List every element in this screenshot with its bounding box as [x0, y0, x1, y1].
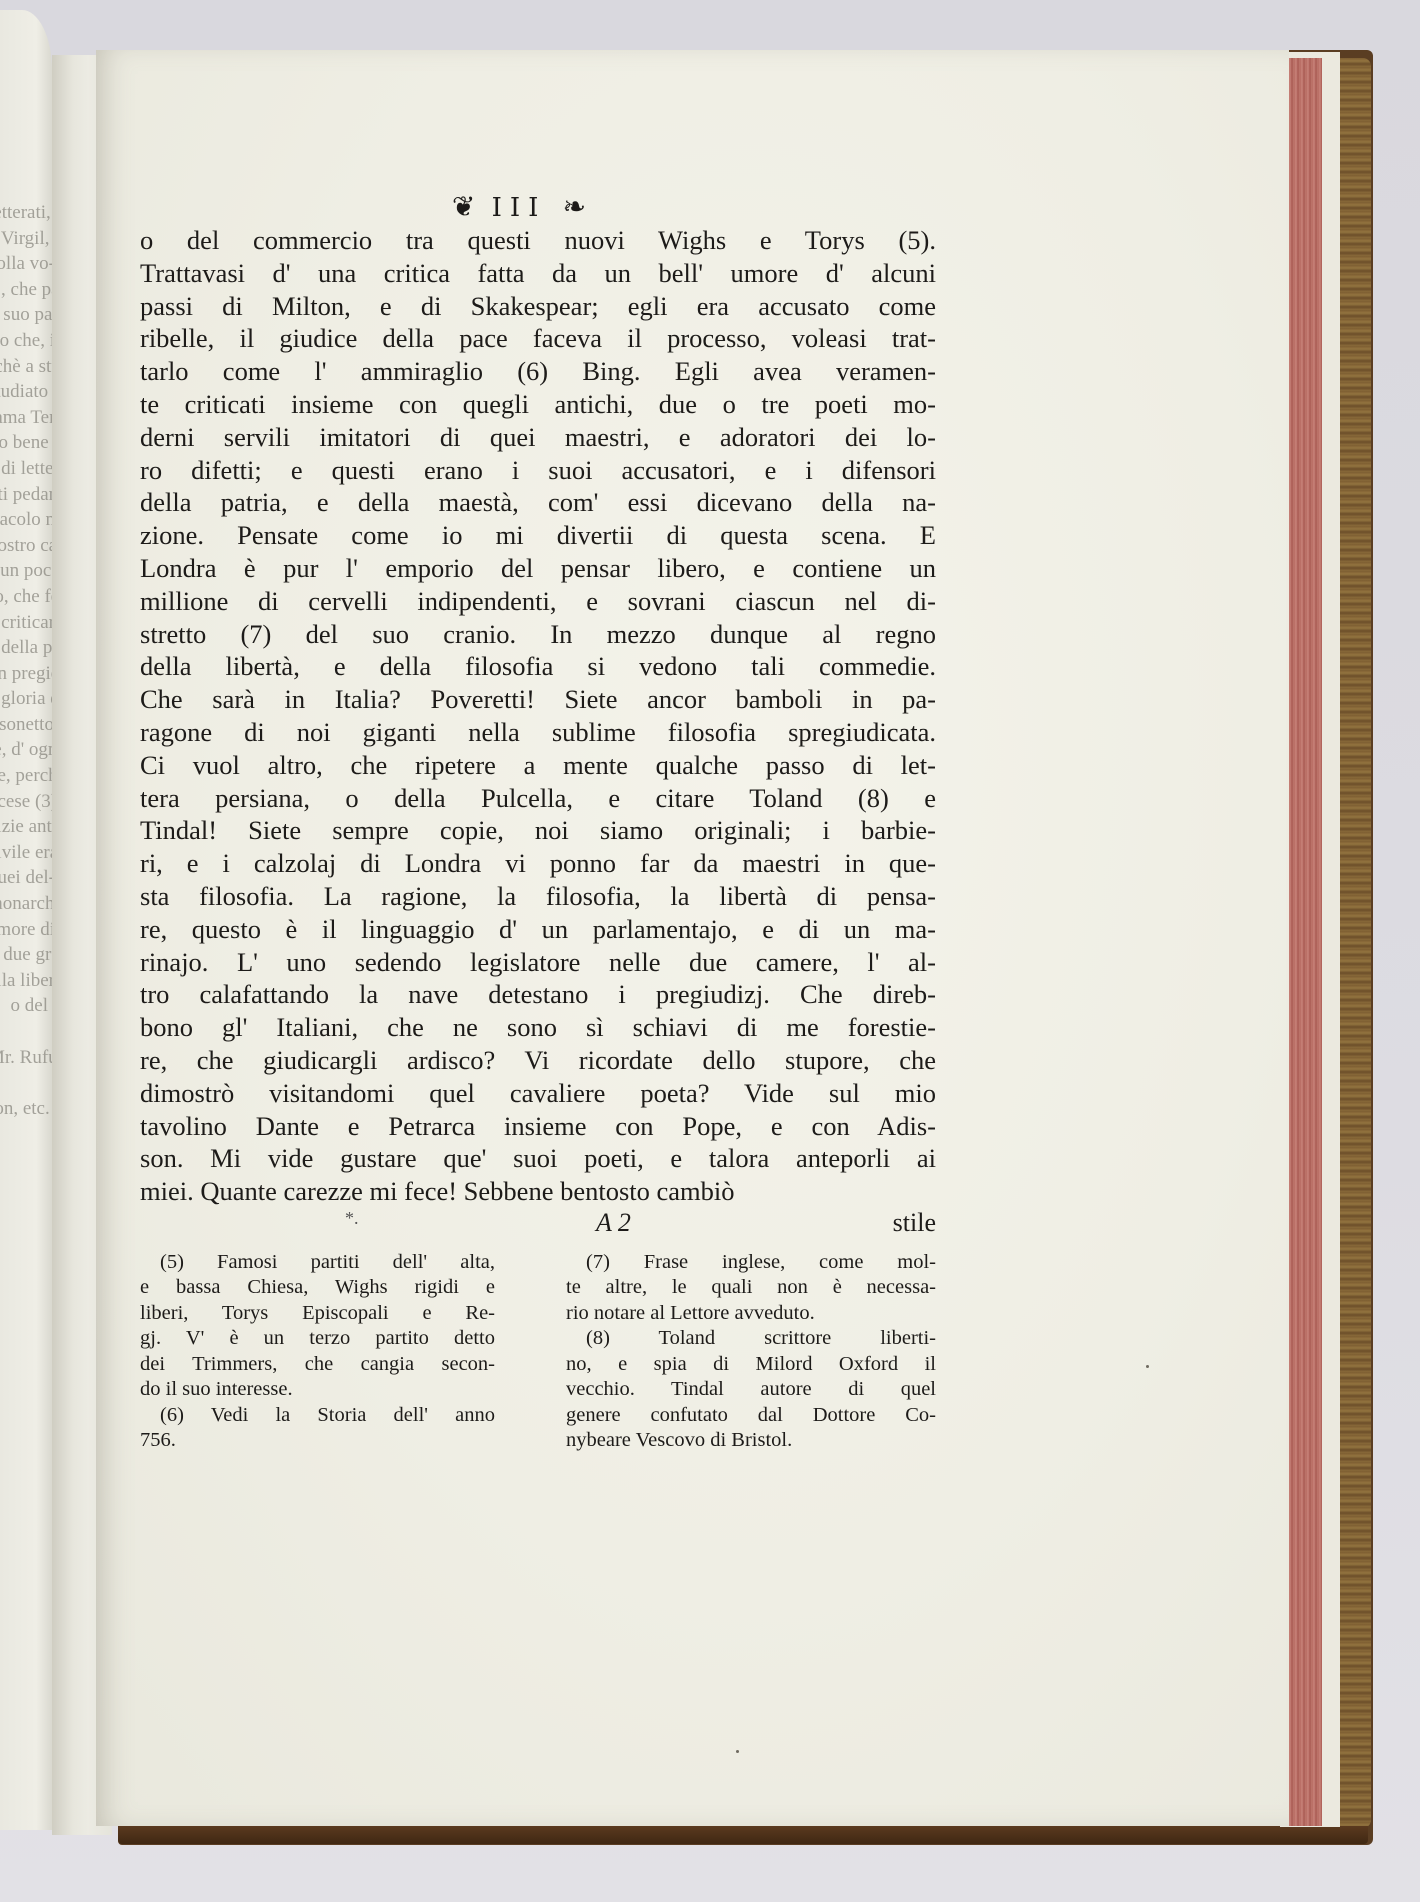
- body-line: tarlo come l' ammiraglio (6) Bing. Egli …: [140, 355, 936, 388]
- signature-line: *. A 2 stile: [140, 1208, 936, 1242]
- facing-page-line: lto bene in: [0, 430, 48, 456]
- footnote-line: no, e spia di Milord Oxford il: [566, 1352, 936, 1378]
- cover-edge-bottom: [118, 1826, 1368, 1844]
- body-line: Trattavasi d' una critica fatta da un be…: [140, 257, 936, 290]
- fleuron-left-icon: ❦: [452, 190, 475, 223]
- cover-edge-right: [1335, 58, 1371, 1828]
- red-sprinkled-page-edge: [1288, 58, 1322, 1826]
- footnote-line: e bassa Chiesa, Wighs rigidi e: [140, 1275, 495, 1301]
- running-head: ❦ III ❧: [140, 190, 936, 224]
- footnotes-right-column: (7) Frase inglese, come mol-te altre, le…: [566, 1250, 936, 1454]
- facing-page-line: amore di: [0, 917, 48, 943]
- body-line: son. Mi vide gustare que' suoi poeti, e …: [140, 1142, 936, 1175]
- body-line: Ci vuol altro, che ripetere a mente qual…: [140, 749, 936, 782]
- body-text: o del commercio tra questi nuovi Wighs e…: [140, 224, 936, 1208]
- paper-fleck: [736, 1750, 739, 1753]
- footnote-line: liberi, Torys Episcopali e Re-: [140, 1301, 495, 1327]
- facing-page-line: nti pedanti,: [0, 482, 48, 508]
- footnotes-left-column: (5) Famosi partiti dell' alta,e bassa Ch…: [140, 1250, 495, 1454]
- facing-page-line: studiato que-: [0, 379, 48, 405]
- body-line: ri, e i calzolaj di Londra vi ponno far …: [140, 847, 936, 880]
- facing-page-line: ncese (3).: [0, 789, 48, 815]
- body-line: ribelle, il giudice della pace faceva il…: [140, 322, 936, 355]
- body-line: Londra è pur l' emporio del pensar liber…: [140, 552, 936, 585]
- body-line: ro difetti; e questi erano i suoi accusa…: [140, 454, 936, 487]
- footnote-line: (7) Frase inglese, come mol-: [566, 1250, 936, 1276]
- footnote-line: dei Trimmers, che cangia secon-: [140, 1352, 495, 1378]
- body-line: millione di cervelli indipendenti, e sov…: [140, 585, 936, 618]
- text-block: ❦ III ❧ o del commercio tra questi nuovi…: [140, 190, 936, 1454]
- body-line: stretto (7) del suo cranio. In mezzo dun…: [140, 618, 936, 651]
- body-line: re, questo è il linguaggio d' un parlame…: [140, 913, 936, 946]
- footnote-line: (6) Vedi la Storia dell' anno: [140, 1403, 495, 1429]
- facing-page-line: ella libertà,: [0, 968, 48, 994]
- facing-page-line: a gloria del: [0, 686, 48, 712]
- facing-page-line: e Virgil,: [0, 226, 48, 252]
- body-line: miei. Quante carezze mi fece! Sebbene be…: [140, 1175, 936, 1208]
- signature-mark: *.: [345, 1208, 359, 1229]
- footnote-line: do il suo interesse.: [140, 1377, 495, 1403]
- footnote-line: genere confutato dal Dottore Co-: [566, 1403, 936, 1429]
- footnote-line: te altre, le quali non è necessa-: [566, 1275, 936, 1301]
- body-line: derni servili imitatori di quei maestri,…: [140, 421, 936, 454]
- body-line: tavolino Dante e Petrarca insieme con Po…: [140, 1110, 936, 1143]
- facing-page-line: cizie anti-: [0, 814, 48, 840]
- page-number: III: [492, 193, 547, 223]
- body-line: bono gl' Italiani, che ne sono sì schiav…: [140, 1011, 936, 1044]
- facing-page-line: ti due gran: [0, 942, 48, 968]
- footnote-line: 756.: [140, 1428, 495, 1454]
- facing-page-line: fama Ten-: [0, 405, 48, 431]
- facing-page-line: letterati, mi: [0, 200, 48, 226]
- facing-page-line: te, d' ogni: [0, 737, 48, 763]
- body-line: passi di Milton, e di Skakespear; egli e…: [140, 290, 936, 323]
- facing-page-line: s un poco: [0, 558, 48, 584]
- facing-page-line: [0, 1019, 48, 1045]
- facing-page-line: a di lette-: [0, 456, 48, 482]
- facing-page-line: [0, 1070, 48, 1096]
- body-line: ragone di noi giganti nella sublime filo…: [140, 716, 936, 749]
- body-line: Che sarà in Italia? Poveretti! Siete anc…: [140, 683, 936, 716]
- footnote-line: rio notare al Lettore avveduto.: [566, 1301, 936, 1327]
- body-line: o del commercio tra questi nuovi Wighs e…: [140, 224, 936, 257]
- facing-page-line: tro che, i let-: [0, 328, 48, 354]
- facing-page-text: letterati, mie Virgil,colla vo-v., che p…: [0, 200, 48, 1121]
- facing-page-line: fo, che fe-: [0, 584, 48, 610]
- facing-page-line: e della pa-: [0, 635, 48, 661]
- body-line: dimostrò visitandomi quel cavaliere poet…: [140, 1077, 936, 1110]
- footnote-line: vecchio. Tindal autore di quel: [566, 1377, 936, 1403]
- footnote-line: (5) Famosi partiti dell' alta,: [140, 1250, 495, 1276]
- facing-page-line: o del: [0, 993, 48, 1019]
- facing-page-line: ron, etc.: [0, 1096, 48, 1122]
- body-line: tera persiana, o della Pulcella, e citar…: [140, 782, 936, 815]
- facing-page-line: il suo pa-: [0, 302, 48, 328]
- facing-page-line: iracolo mi: [0, 507, 48, 533]
- book-page: ❦ III ❧ o del commercio tra questi nuovi…: [96, 50, 1289, 1826]
- paper-fleck: [1146, 1365, 1149, 1368]
- facing-page-line: colla vo-: [0, 251, 48, 277]
- facing-page-line: ne, perchè: [0, 763, 48, 789]
- body-line: re, che giudicargli ardisco? Vi ricordat…: [140, 1044, 936, 1077]
- body-line: zione. Pensate come io mi divertii di qu…: [140, 519, 936, 552]
- footnote-line: (8) Toland scrittore liberti-: [566, 1326, 936, 1352]
- body-line: della libertà, e della filosofia si vedo…: [140, 650, 936, 683]
- body-line: della patria, e della maestà, com' essi …: [140, 486, 936, 519]
- facing-page-line: civile era: [0, 840, 48, 866]
- facing-page-line: v., che pa-: [0, 277, 48, 303]
- body-line: rinajo. L' uno sedendo legislatore nelle…: [140, 946, 936, 979]
- footnote-line: gj. V' è un terzo partito detto: [140, 1326, 495, 1352]
- footnotes: (5) Famosi partiti dell' alta,e bassa Ch…: [140, 1250, 936, 1454]
- facing-page-line: rchè a stu-: [0, 354, 48, 380]
- catchword: stile: [893, 1208, 936, 1238]
- facing-page-line: Mr. Rufus: [0, 1045, 48, 1071]
- facing-page-left: letterati, mie Virgil,colla vo-v., che p…: [0, 10, 52, 1830]
- footnote-line: nybeare Vescovo di Bristol.: [566, 1428, 936, 1454]
- facing-page-line: vostro car-: [0, 533, 48, 559]
- body-line: sta filosofia. La ragione, la filosofia,…: [140, 880, 936, 913]
- facing-page-line: r sonetto.: [0, 712, 48, 738]
- body-line: tro calafattando la nave detestano i pre…: [140, 978, 936, 1011]
- body-line: Tindal! Siete sempre copie, noi siamo or…: [140, 814, 936, 847]
- body-line: te criticati insieme con quegli antichi,…: [140, 388, 936, 421]
- facing-page-line: un pregio: [0, 661, 48, 687]
- facing-page-line: e criticare: [0, 610, 48, 636]
- facing-page-line: quei del-: [0, 865, 48, 891]
- facing-page-line: monarchia: [0, 891, 48, 917]
- fleuron-right-icon: ❧: [563, 190, 586, 223]
- gathering-signature: A 2: [596, 1208, 631, 1238]
